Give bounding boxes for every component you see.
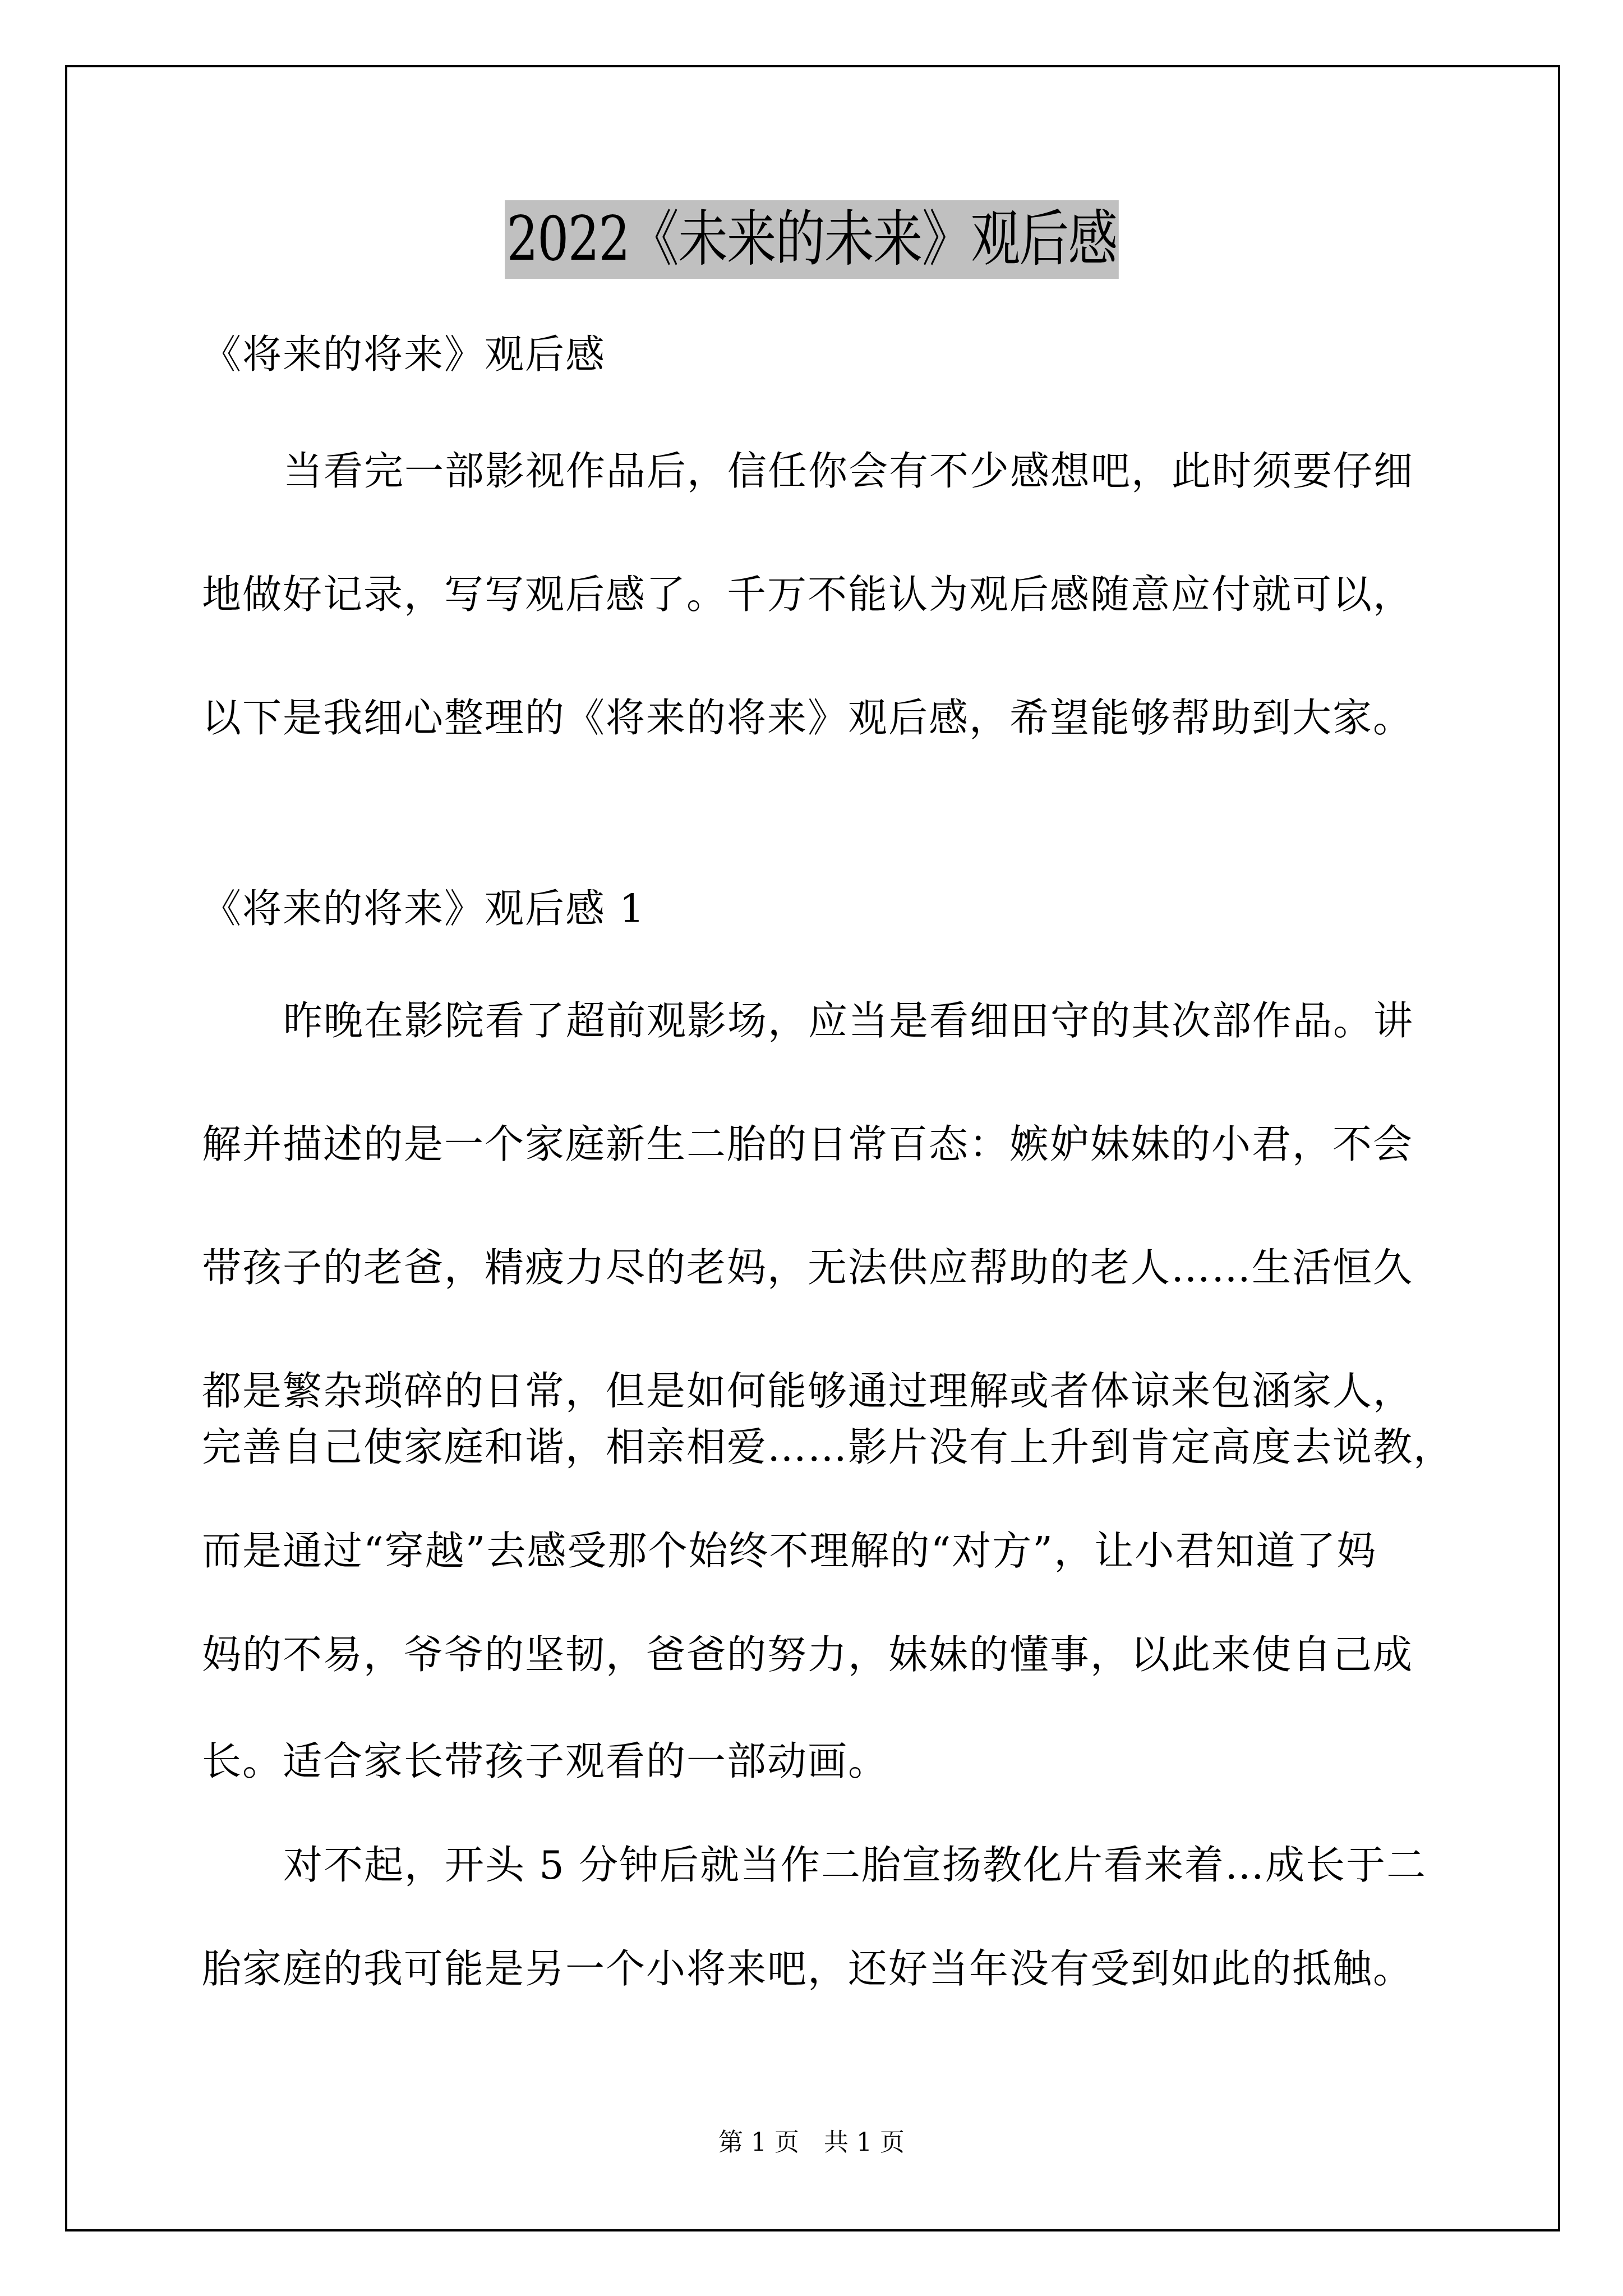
page-footer: 第 1 页 共 1 页 bbox=[0, 2126, 1623, 2160]
section1-p2-line-1: 对不起，开头 5 分钟后就当作二胎宣扬教化片看来着…成长于二 bbox=[283, 1840, 1427, 1890]
section1-p1-line-8: 长。适合家长带孩子观看的一部动画。 bbox=[202, 1736, 888, 1787]
section1-heading: 《将来的将来》观后感 1 bbox=[202, 884, 645, 934]
section1-p1-line-3: 带孩子的老爸，精疲力尽的老妈，无法供应帮助的老人……生活恒久 bbox=[202, 1243, 1413, 1293]
intro-heading: 《将来的将来》观后感 bbox=[202, 329, 606, 380]
section1-p1-line-1: 昨晚在影院看了超前观影场，应当是看细田守的其次部作品。讲 bbox=[283, 996, 1414, 1046]
section1-p1-line-7: 妈的不易，爷爷的坚韧，爸爸的努力，妹妹的懂事，以此来使自己成 bbox=[202, 1630, 1413, 1680]
intro-line-3: 以下是我细心整理的《将来的将来》观后感，希望能够帮助到大家。 bbox=[202, 693, 1413, 743]
intro-line-1: 当看完一部影视作品后，信任你会有不少感想吧，此时须要仔细 bbox=[283, 446, 1414, 496]
section1-p1-line-6: 而是通过“穿越”去感受那个始终不理解的“对方”，让小君知道了妈 bbox=[202, 1526, 1377, 1576]
section1-p2-line-2: 胎家庭的我可能是另一个小将来吧，还好当年没有受到如此的抵触。 bbox=[202, 1944, 1413, 1994]
document-title: 2022《未来的未来》观后感 bbox=[505, 200, 1119, 279]
page-number: 第 1 页 共 1 页 bbox=[718, 2128, 905, 2157]
title-container: 2022《未来的未来》观后感 bbox=[0, 200, 1623, 279]
section1-p1-line-4: 都是繁杂琐碎的日常，但是如何能够通过理解或者体谅来包涵家人， bbox=[202, 1366, 1413, 1416]
section1-p1-line-5: 完善自己使家庭和谐，相亲相爱……影片没有上升到肯定高度去说教， bbox=[202, 1422, 1454, 1473]
section1-p1-line-2: 解并描述的是一个家庭新生二胎的日常百态：嫉妒妹妹的小君，不会 bbox=[202, 1119, 1413, 1170]
intro-line-2: 地做好记录，写写观后感了。千万不能认为观后感随意应付就可以， bbox=[202, 569, 1413, 620]
